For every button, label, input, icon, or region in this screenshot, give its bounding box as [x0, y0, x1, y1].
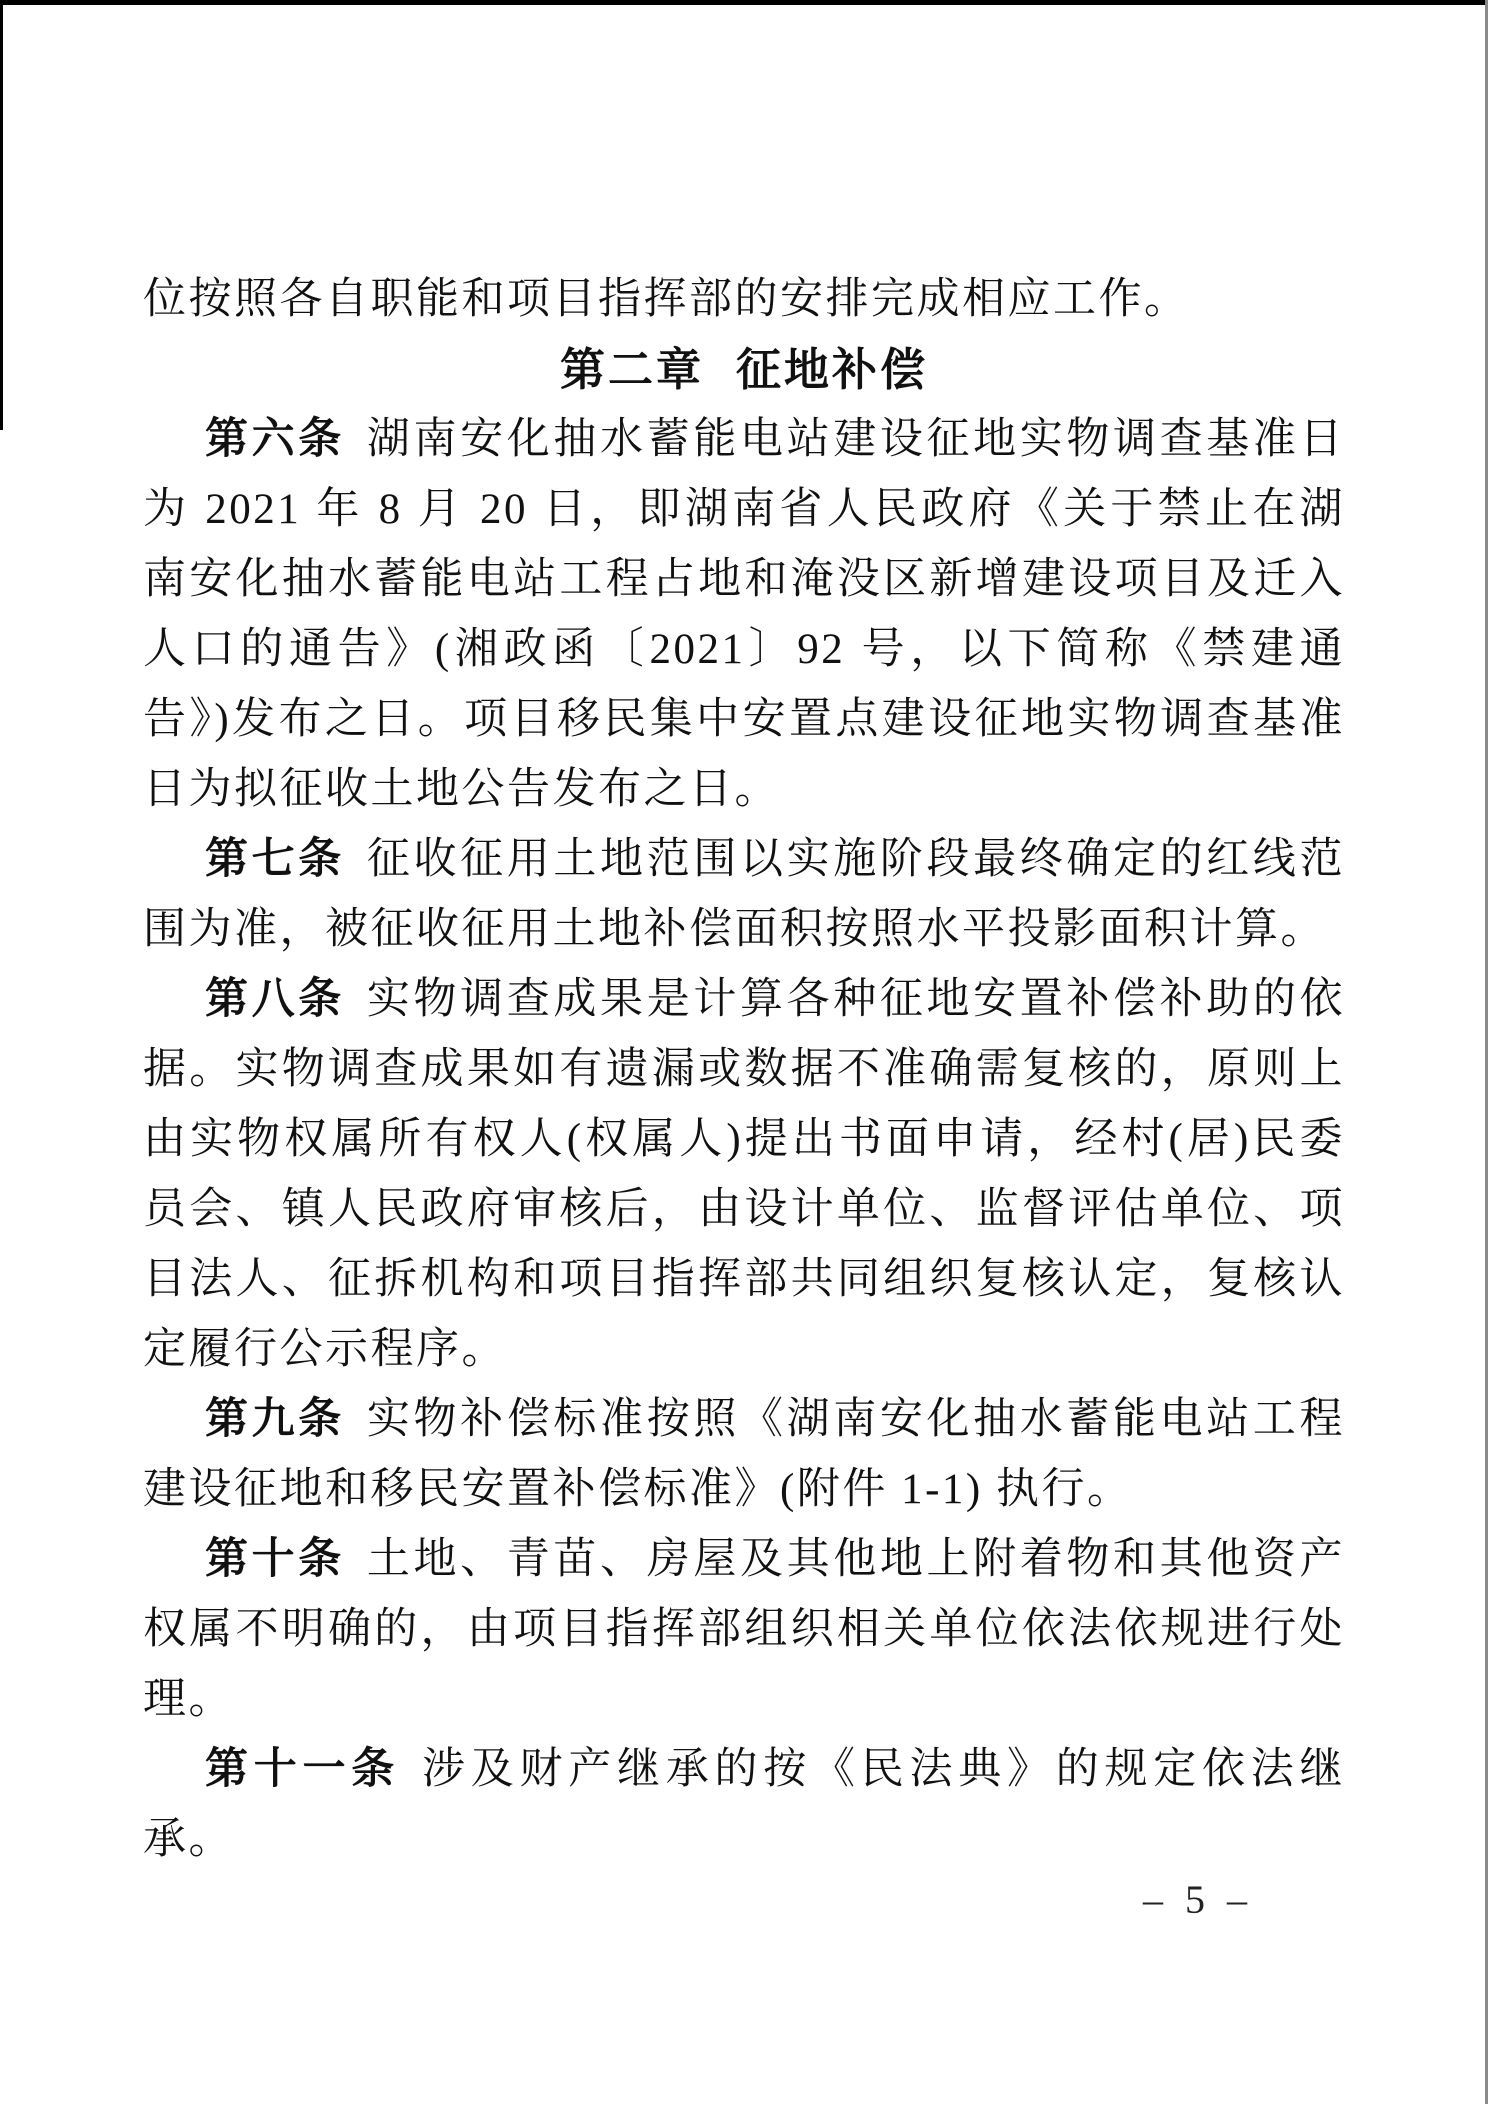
continuation-line: 位按照各自职能和项目指挥部的安排完成相应工作。 [143, 265, 1345, 335]
chapter-heading: 第二章征地补偿 [143, 335, 1345, 405]
page-number: – 5 – [1128, 1878, 1268, 1922]
article-lead: 第八条 [205, 976, 345, 1023]
article-lead: 第六条 [205, 416, 345, 463]
article-paragraph: 第十一条涉及财产继承的按《民法典》的规定依法继承。 [143, 1735, 1345, 1875]
document-page: 位按照各自职能和项目指挥部的安排完成相应工作。 第二章征地补偿 第六条湖南安化抽… [0, 0, 1488, 2104]
article-body: 实物调查成果是计算各种征地安置补偿补助的依据。实物调查成果如有遗漏或数据不准确需… [143, 976, 1345, 1373]
article-paragraph: 第六条湖南安化抽水蓄能电站建设征地实物调查基准日为 2021 年 8 月 20 … [143, 405, 1345, 825]
article-paragraph: 第七条征收征用土地范围以实施阶段最终确定的红线范围为准，被征收征用土地补偿面积按… [143, 825, 1345, 965]
chapter-title: 征地补偿 [736, 345, 928, 395]
article-paragraph: 第九条实物补偿标准按照《湖南安化抽水蓄能电站工程建设征地和移民安置补偿标准》(附… [143, 1385, 1345, 1525]
document-body: 位按照各自职能和项目指挥部的安排完成相应工作。 第二章征地补偿 第六条湖南安化抽… [143, 265, 1345, 1875]
chapter-number: 第二章 [560, 345, 704, 395]
scan-border-left [0, 0, 3, 430]
article-lead: 第十一条 [205, 1746, 400, 1793]
article-lead: 第七条 [205, 836, 345, 883]
article-lead: 第十条 [205, 1536, 345, 1583]
article-paragraph: 第八条实物调查成果是计算各种征地安置补偿补助的依据。实物调查成果如有遗漏或数据不… [143, 965, 1345, 1385]
article-lead: 第九条 [205, 1396, 345, 1443]
article-body: 湖南安化抽水蓄能电站建设征地实物调查基准日为 2021 年 8 月 20 日，即… [143, 416, 1345, 813]
article-paragraph: 第十条土地、青苗、房屋及其他地上附着物和其他资产权属不明确的，由项目指挥部组织相… [143, 1525, 1345, 1735]
scan-border-top [0, 0, 1488, 5]
